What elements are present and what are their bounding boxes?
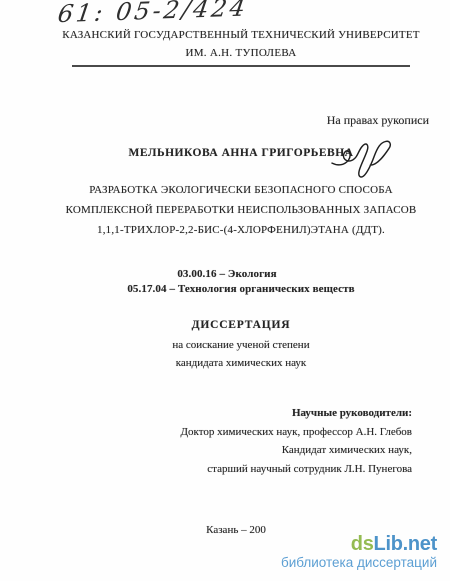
degree-line2: кандидата химических наук <box>32 357 450 369</box>
header-divider-rule <box>72 65 410 67</box>
supervisors-heading: Научные руководители: <box>292 407 412 419</box>
manuscript-rights-note: На правах рукописи <box>327 113 429 128</box>
signature-stroke <box>332 141 390 177</box>
university-name-line1: КАЗАНСКИЙ ГОСУДАРСТВЕННЫЙ ТЕХНИЧЕСКИЙ УН… <box>32 29 450 41</box>
dslib-subtitle: библиотека диссертаций <box>281 556 437 570</box>
supervisor-2-line2: старший научный сотрудник Л.Н. Пунегова <box>207 463 412 475</box>
supervisor-1: Доктор химических наук, профессор А.Н. Г… <box>181 426 412 438</box>
dissertation-title-page: 61: 05-2/424 КАЗАНСКИЙ ГОСУДАРСТВЕННЫЙ Т… <box>0 0 450 581</box>
dslib-logo: dsLib.net <box>281 534 437 555</box>
author-signature <box>331 138 395 180</box>
dslib-watermark: dsLib.net библиотека диссертаций <box>281 534 437 570</box>
dslib-logo-libnet: Lib.net <box>374 533 437 555</box>
dissertation-heading: ДИССЕРТАЦИЯ <box>32 319 450 331</box>
degree-line1: на соискание ученой степени <box>32 339 450 351</box>
specialty-code-ecology: 03.00.16 – Экология <box>18 268 436 280</box>
archive-number-handwritten: 61: 05-2/424 <box>56 0 250 28</box>
specialty-code-organic-tech: 05.17.04 – Технология органических вещес… <box>32 283 450 295</box>
dissertation-title-line1: РАЗРАБОТКА ЭКОЛОГИЧЕСКИ БЕЗОПАСНОГО СПОС… <box>32 184 450 196</box>
university-name-line2: ИМ. А.Н. ТУПОЛЕВА <box>32 47 450 59</box>
dissertation-title-line2: КОМПЛЕКСНОЙ ПЕРЕРАБОТКИ НЕИСПОЛЬЗОВАННЫХ… <box>32 204 450 216</box>
supervisor-2-line1: Кандидат химических наук, <box>282 444 412 456</box>
dslib-logo-ds: ds <box>351 533 374 555</box>
dissertation-title-line3: 1,1,1-ТРИХЛОР-2,2-БИС-(4-ХЛОРФЕНИЛ)ЭТАНА… <box>32 224 450 236</box>
